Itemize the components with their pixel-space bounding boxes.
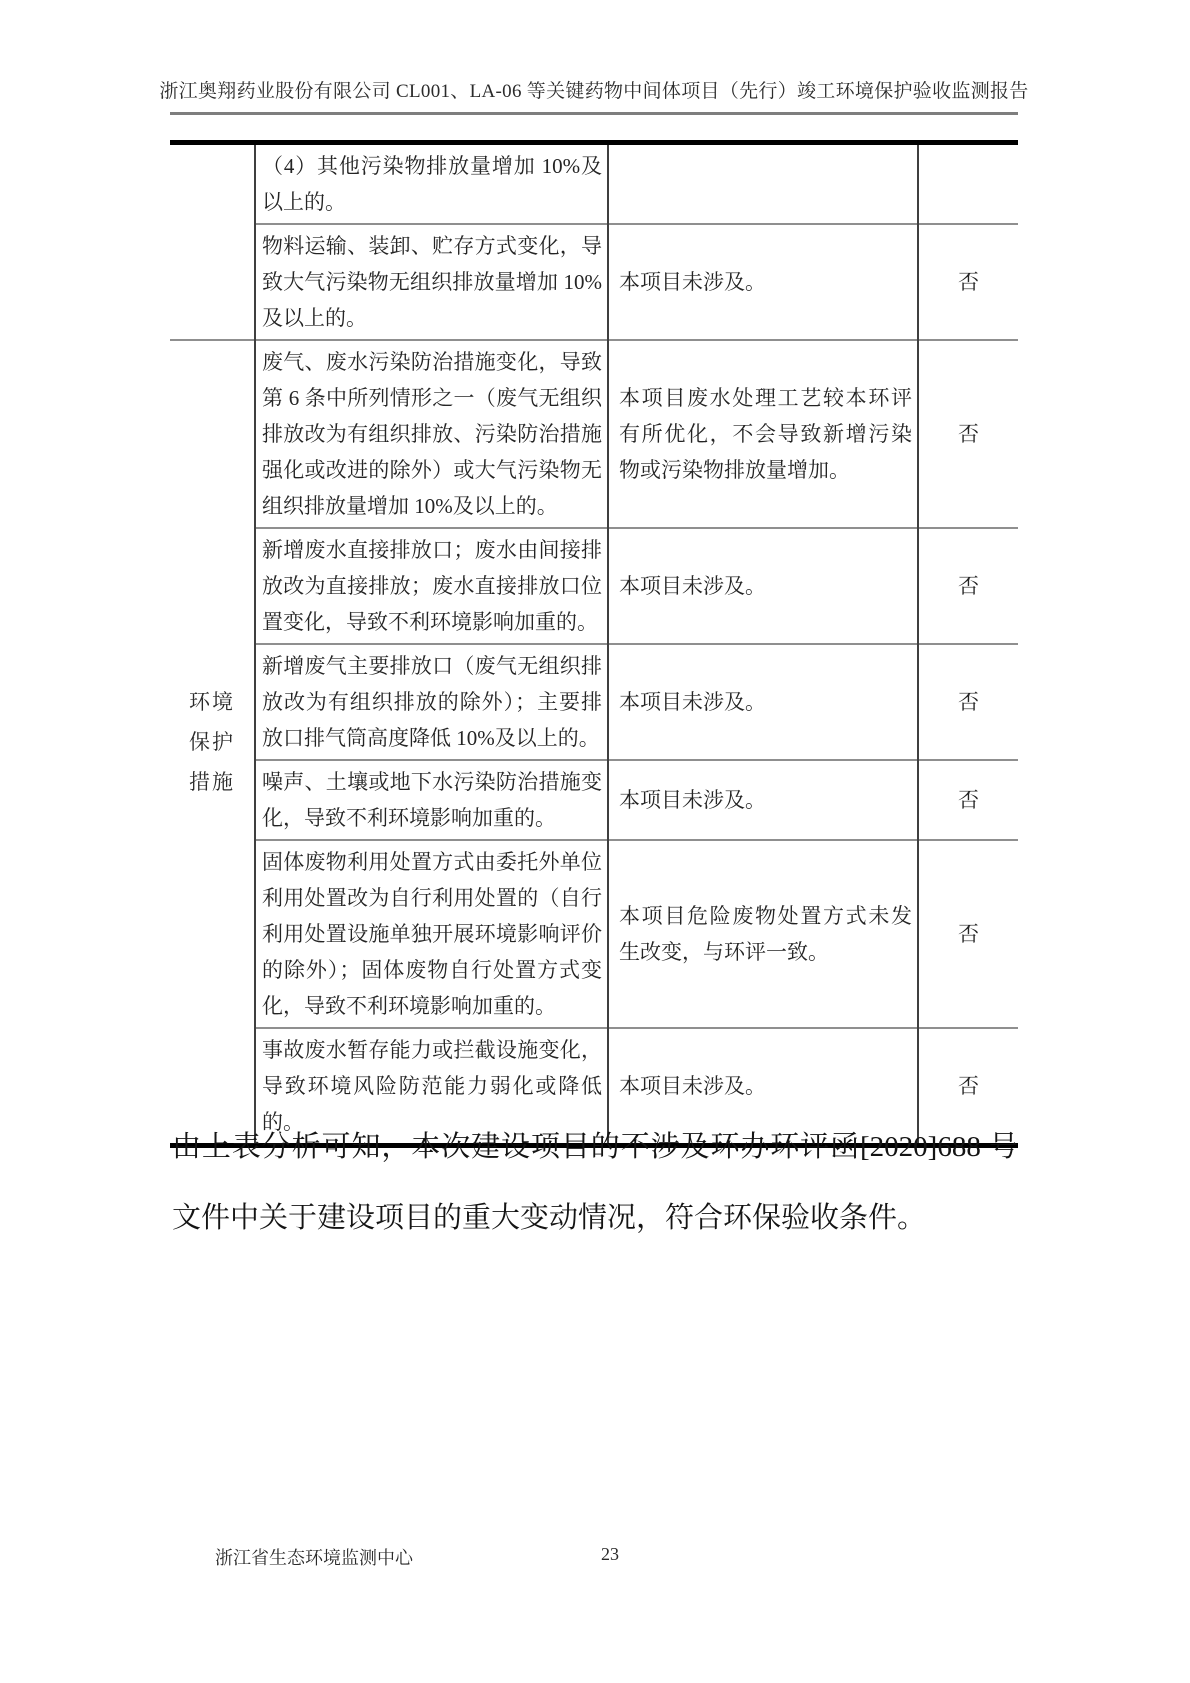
change-item-cell: 噪声、土壤或地下水污染防治措施变化，导致不利环境影响加重的。 (255, 760, 608, 840)
group-label-cell: 环境保护措施 (170, 340, 255, 1146)
answer-cell: 否 (918, 840, 1018, 1028)
answer-cell: 否 (918, 340, 1018, 528)
change-item-cell: 新增废水直接排放口；废水由间接排放改为直接排放；废水直接排放口位置变化，导致不利… (255, 528, 608, 644)
table-row: 固体废物利用处置方式由委托外单位利用处置改为自行利用处置的（自行利用处置设施单独… (170, 840, 1018, 1028)
answer-cell (918, 143, 1018, 225)
change-item-cell: 物料运输、装卸、贮存方式变化，导致大气污染物无组织排放量增加 10%及以上的。 (255, 224, 608, 340)
group-label-cell-prev (170, 143, 255, 341)
response-cell: 本项目未涉及。 (608, 224, 918, 340)
footer-page-number: 23 (170, 1544, 1050, 1565)
response-cell: 本项目危险废物处置方式未发生改变，与环评一致。 (608, 840, 918, 1028)
summary-paragraph: 由上表分析可知，本次建设项目的不涉及环办环评函[2020]688 号文件中关于建… (172, 1112, 1018, 1254)
change-item-cell: 新增废气主要排放口（废气无组织排放改为有组织排放的除外）；主要排放口排气筒高度降… (255, 644, 608, 760)
table-row: 新增废水直接排放口；废水由间接排放改为直接排放；废水直接排放口位置变化，导致不利… (170, 528, 1018, 644)
page-header-title: 浙江奥翔药业股份有限公司 CL001、LA-06 等关键药物中间体项目（先行）竣… (150, 76, 1038, 103)
response-cell: 本项目未涉及。 (608, 760, 918, 840)
answer-cell: 否 (918, 760, 1018, 840)
table-row: 物料运输、装卸、贮存方式变化，导致大气污染物无组织排放量增加 10%及以上的。 … (170, 224, 1018, 340)
change-item-cell: 固体废物利用处置方式由委托外单位利用处置改为自行利用处置的（自行利用处置设施单独… (255, 840, 608, 1028)
header-divider (170, 112, 1018, 115)
change-item-cell: 废气、废水污染防治措施变化，导致第 6 条中所列情形之一（废气无组织排放改为有组… (255, 340, 608, 528)
table-row: 新增废气主要排放口（废气无组织排放改为有组织排放的除外）；主要排放口排气筒高度降… (170, 644, 1018, 760)
answer-cell: 否 (918, 224, 1018, 340)
group-label: 环境保护措施 (189, 682, 235, 802)
answer-cell: 否 (918, 528, 1018, 644)
response-cell (608, 143, 918, 225)
major-changes-table: （4）其他污染物排放量增加 10%及以上的。 物料运输、装卸、贮存方式变化，导致… (170, 140, 1018, 1148)
answer-cell: 否 (918, 644, 1018, 760)
response-cell: 本项目未涉及。 (608, 644, 918, 760)
response-cell: 本项目未涉及。 (608, 528, 918, 644)
change-item-cell: （4）其他污染物排放量增加 10%及以上的。 (255, 143, 608, 225)
response-cell: 本项目废水处理工艺较本环评有所优化，不会导致新增污染物或污染物排放量增加。 (608, 340, 918, 528)
table-row: 噪声、土壤或地下水污染防治措施变化，导致不利环境影响加重的。 本项目未涉及。 否 (170, 760, 1018, 840)
table-row: 环境保护措施 废气、废水污染防治措施变化，导致第 6 条中所列情形之一（废气无组… (170, 340, 1018, 528)
table-row: （4）其他污染物排放量增加 10%及以上的。 (170, 143, 1018, 225)
